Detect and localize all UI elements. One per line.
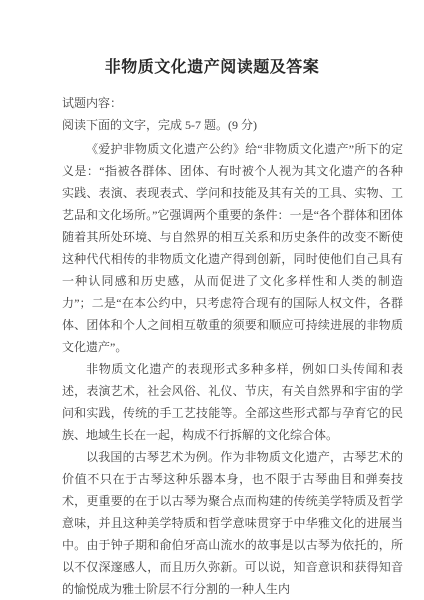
paragraph-guqin: 以我国的古琴艺术为例。作为非物质文化遗产，古琴艺术的价值不只在于古琴这种乐器本身… — [62, 446, 403, 600]
instruction-line: 阅读下面的文字，完成 5-7 题。(9 分) — [62, 114, 403, 136]
paragraph-definition: 《爱护非物质文化遗产公约》给“非物质文化遗产”所下的定义是：“指被各群体、团体、… — [62, 138, 403, 358]
paragraph-forms: 非物质文化遗产的表现形式多种多样，例如口头传闻和表述，表演艺术，社会风俗、礼仪、… — [62, 358, 403, 446]
section-label: 试题内容： — [62, 92, 403, 114]
document-body: 试题内容： 阅读下面的文字，完成 5-7 题。(9 分) 《爱护非物质文化遗产公… — [0, 78, 424, 600]
document-title: 非物质文化遗产阅读题及答案 — [0, 58, 424, 78]
document-page: 非物质文化遗产阅读题及答案 试题内容： 阅读下面的文字，完成 5-7 题。(9 … — [0, 0, 424, 600]
